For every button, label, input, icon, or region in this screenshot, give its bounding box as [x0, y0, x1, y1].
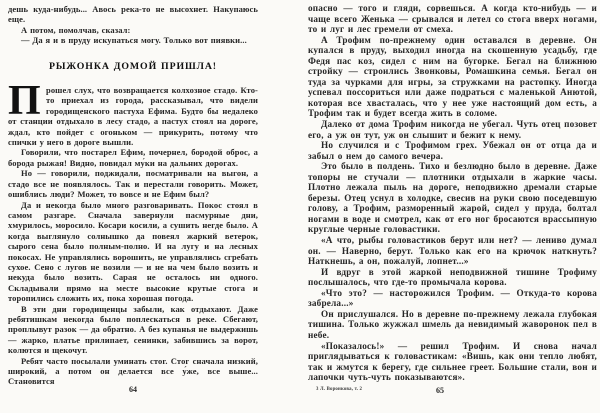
paragraph: И вдруг в этой жаркой неподвижной тишине… — [308, 267, 597, 288]
paragraph: Это было в полдень. Тихо и безлюдно было… — [308, 161, 597, 235]
page-right: опасно — того и гляди, сорвешься. А когд… — [308, 3, 597, 383]
paragraph: Да и некогда было много разговаривать. П… — [8, 200, 258, 304]
paragraph: дешь куда-нибудь... Авось река-то не выс… — [8, 4, 258, 25]
page-number-left: 64 — [8, 385, 258, 394]
paragraph: Он прислушался. Но в деревне по-прежнему… — [308, 309, 597, 341]
paragraph: Далеко от дома Трофим никогда не убегал.… — [308, 119, 597, 140]
paragraph: «А что, рыбы головастиков берут или нет?… — [308, 235, 597, 267]
page-number-right: 65 — [420, 386, 460, 395]
paragraph: «Показалось!» — решил Трофим. И снова на… — [308, 341, 597, 383]
paragraph: Ребят часто посылали уминать стог. Стог … — [8, 356, 258, 387]
book-spread: дешь куда-нибудь... Авось река-то не выс… — [0, 0, 600, 413]
paragraph: опасно — того и гляди, сорвешься. А когд… — [308, 3, 597, 35]
paragraph: Говорили, что постарел Ефим, почернел, б… — [8, 147, 258, 168]
paragraph: А потом, помолчав, сказал: — [8, 25, 258, 35]
paragraph-dropcap: Прошел слух, что возвращается колхозное … — [8, 85, 258, 147]
folio-right: 3 Л. Воронкова, т. 2 65 — [308, 385, 597, 399]
page-left: дешь куда-нибудь... Авось река-то не выс… — [8, 4, 258, 387]
paragraph: А Трофим по-прежнему один оставался в де… — [308, 35, 597, 119]
paragraph-text: рошел слух, что возвращается колхозное с… — [8, 85, 258, 147]
drop-cap-letter: П — [8, 85, 40, 115]
paragraph: Но — говорили, поджидали, посматривали н… — [8, 168, 258, 199]
paragraph-dialogue: — Да я и в пруду искупаться могу. Только… — [8, 35, 258, 45]
paragraph: «Что это? — насторожился Трофим. — Откуд… — [308, 288, 597, 309]
chapter-heading: РЫЖОНКА ДОМОЙ ПРИШЛА! — [8, 62, 258, 72]
paragraph: Но случился и с Трофимом грех. Убежал он… — [308, 140, 597, 161]
printers-mark: 3 Л. Воронкова, т. 2 — [316, 387, 362, 392]
paragraph: В эти дни городищенцы забыли, как отдыха… — [8, 304, 258, 356]
